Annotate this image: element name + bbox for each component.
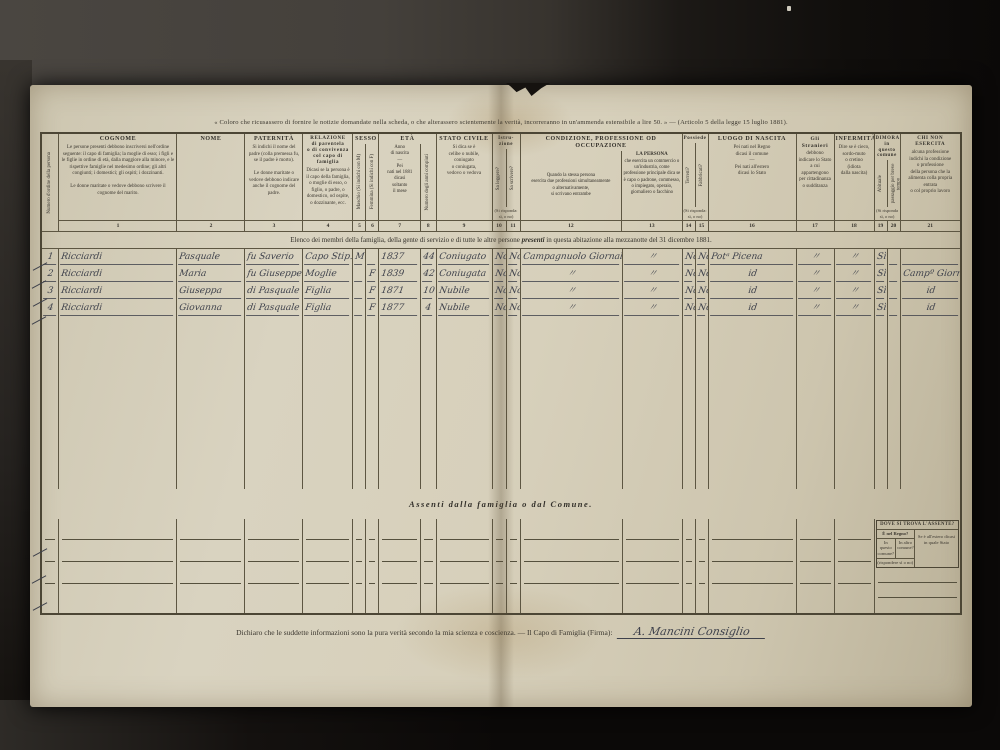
blank-cell xyxy=(303,317,353,489)
blank-cell xyxy=(59,317,177,489)
absent-box-questo-comune: In questo comune? xyxy=(877,539,896,558)
cell-stranieri: 〃 xyxy=(796,300,834,317)
cell-chinon: id xyxy=(900,283,961,300)
scanner-background-left xyxy=(0,60,32,710)
absents-ruled-cell xyxy=(695,519,708,614)
absents-ruled-cell xyxy=(379,519,421,614)
cell-occasionale xyxy=(887,300,900,317)
cell-infermita: 〃 xyxy=(834,266,874,283)
cell-abituale: Sì xyxy=(874,249,887,267)
cell-abituale: Sì xyxy=(874,300,887,317)
census-entry-row: 1RicciardiPasqualefu SaverioCapo Stip.M1… xyxy=(41,249,961,267)
cell-fabbricati: No xyxy=(695,249,708,267)
scanned-census-page: « Coloro che ricusassero di fornire le n… xyxy=(0,0,1000,750)
col-header-dimora: DIMORA in questo comune Abituale Occasio… xyxy=(874,133,900,232)
absents-ruled-cell xyxy=(245,519,303,614)
cell-prof: 〃 xyxy=(520,266,622,283)
blank-cell xyxy=(874,317,887,489)
cell-nome: Giuseppa xyxy=(177,283,245,300)
cell-occasionale xyxy=(887,266,900,283)
cell-prof: 〃 xyxy=(520,300,622,317)
col-header-eta: ETÀ Anno di nascita — Pei nati nel 1881 … xyxy=(379,133,436,232)
cell-terreni: No xyxy=(682,283,695,300)
cell-stato: Nubile xyxy=(436,300,492,317)
cell-f: F xyxy=(366,300,379,317)
cell-cognome: Ricciardi xyxy=(59,283,177,300)
cell-stranieri: 〃 xyxy=(796,249,834,267)
census-entry-row: 2RicciardiMariafu Giuseppe PugliaMoglieF… xyxy=(41,266,961,283)
numero-ordine-label: Numero d'ordine della persona xyxy=(47,152,53,214)
absent-location-box: DOVE SI TROVA L'ASSENTE? È nel Regno? In… xyxy=(876,520,960,568)
cell-prof2: 〃 xyxy=(622,300,682,317)
census-entry-row: 4RicciardiGiovannadi PasqualeFigliaF1877… xyxy=(41,300,961,317)
col-header-possiede: Possiede Terreni? Fabbricati? (Si rispon… xyxy=(682,133,708,232)
absents-ruled-cell xyxy=(177,519,245,614)
blank-cell xyxy=(41,317,59,489)
blank-cell xyxy=(682,317,695,489)
blank-cell xyxy=(379,317,421,489)
col-header-luogo-nascita: LUOGO DI NASCITA Pei nati nel Regno dica… xyxy=(708,133,796,232)
cell-nome: Giovanna xyxy=(177,300,245,317)
absents-ruled-cell xyxy=(303,519,353,614)
cell-relazione: Moglie xyxy=(303,266,353,283)
cell-f: F xyxy=(366,266,379,283)
blank-cell xyxy=(366,317,379,489)
col-header-infermita: INFERMITÀ Dire se è cieco, sordo-muto o … xyxy=(834,133,874,232)
blank-cell xyxy=(900,317,961,489)
elenco-title-post: in questa abitazione alla mezzanotte del… xyxy=(545,236,712,244)
cell-stato: Coniugata xyxy=(436,266,492,283)
cell-chinon: Campº Giorn. xyxy=(900,266,961,283)
blank-cell xyxy=(177,317,245,489)
cell-occasionale xyxy=(887,249,900,267)
col-header-condizione: CONDIZIONE, PROFESSIONE OD OCCUPAZIONE Q… xyxy=(520,133,682,232)
cell-num: 1 xyxy=(41,249,59,267)
cell-anno: 1839 xyxy=(379,266,421,283)
elenco-title-pre: Elenco dei membri della famiglia, della … xyxy=(290,236,521,244)
cell-infermita: 〃 xyxy=(834,249,874,267)
absent-box-regno: È nel Regno? xyxy=(877,530,914,539)
cell-nascita: id xyxy=(708,266,796,283)
cell-anno: 1837 xyxy=(379,249,421,267)
dust-speck xyxy=(787,6,791,11)
blank-cell xyxy=(622,317,682,489)
blank-cell xyxy=(887,317,900,489)
cell-paternita: di Pasquale xyxy=(245,300,303,317)
absent-box-estero: Se è all'estero dicasi in quale Stato xyxy=(915,530,958,567)
blank-cell xyxy=(436,317,492,489)
cell-stranieri: 〃 xyxy=(796,266,834,283)
absents-ruled-cell xyxy=(708,519,796,614)
cell-terreni: No xyxy=(682,300,695,317)
absent-box-title: DOVE SI TROVA L'ASSENTE? xyxy=(877,521,959,530)
cell-f: F xyxy=(366,283,379,300)
elenco-title-emph: presenti xyxy=(522,236,545,244)
absents-ruled-cell xyxy=(353,519,366,614)
cell-m xyxy=(353,266,366,283)
cell-abituale: Sì xyxy=(874,266,887,283)
cell-chinon: id xyxy=(900,300,961,317)
col-header-stranieri: Gli Stranieri debbono indicare lo Stato … xyxy=(796,133,834,232)
absents-ruled-cell xyxy=(421,519,436,614)
cell-anni: 10 xyxy=(421,283,436,300)
cell-fabbricati: No xyxy=(695,283,708,300)
cell-m xyxy=(353,283,366,300)
cell-m xyxy=(353,300,366,317)
cell-cognome: Ricciardi xyxy=(59,300,177,317)
absents-ruled-cell xyxy=(796,519,834,614)
cell-nome: Maria xyxy=(177,266,245,283)
head-of-family-signature: A. Mancini Consiglio xyxy=(617,625,767,639)
absents-ruled-cell xyxy=(41,519,59,614)
cell-fabbricati: No xyxy=(695,300,708,317)
scanner-background-top xyxy=(0,0,1000,96)
scanner-background-bottom xyxy=(0,700,1000,750)
census-sheet: « Coloro che ricusassero di fornire le n… xyxy=(30,85,972,707)
cell-anni: 44 xyxy=(421,249,436,267)
absents-ruled-cell xyxy=(682,519,695,614)
absents-ruled-cell xyxy=(436,519,492,614)
absents-ruled-cell xyxy=(834,519,874,614)
cell-paternita: di Pasquale xyxy=(245,283,303,300)
blank-cell xyxy=(520,317,622,489)
cell-terreni: No xyxy=(682,249,695,267)
absents-ruled-cell xyxy=(622,519,682,614)
blank-cell xyxy=(695,317,708,489)
cell-nascita: id xyxy=(708,300,796,317)
cell-nome: Pasquale xyxy=(177,249,245,267)
absents-ruled-cell xyxy=(520,519,622,614)
cell-chinon xyxy=(900,249,961,267)
col-header-stato-civile: STATO CIVILE Si dica se è celibe o nubil… xyxy=(436,133,492,232)
cell-stranieri: 〃 xyxy=(796,283,834,300)
cell-num: 3 xyxy=(41,283,59,300)
cell-prof: Campagnuolo Giornaliero xyxy=(520,249,622,267)
cell-cognome: Ricciardi xyxy=(59,249,177,267)
cell-num: 2 xyxy=(41,266,59,283)
cell-nascita: id xyxy=(708,283,796,300)
col-header-cognome: COGNOME Le persone presenti debbono insc… xyxy=(59,133,177,232)
absents-ruled-cell xyxy=(59,519,177,614)
cell-anno: 1871 xyxy=(379,283,421,300)
cell-fabbricati: No xyxy=(695,266,708,283)
cell-infermita: 〃 xyxy=(834,300,874,317)
cell-prof2: 〃 xyxy=(622,283,682,300)
cell-anni: 4 xyxy=(421,300,436,317)
absent-box-altro-comune: In altro comune? xyxy=(895,539,915,558)
cell-stato: Nubile xyxy=(436,283,492,300)
absent-location-cell: DOVE SI TROVA L'ASSENTE? È nel Regno? In… xyxy=(874,519,961,614)
cell-abituale: Sì xyxy=(874,283,887,300)
col-header-numero-ordine: Numero d'ordine della persona xyxy=(41,133,59,232)
blank-cell xyxy=(708,317,796,489)
census-entry-row: 3RicciardiGiuseppadi PasqualeFigliaF1871… xyxy=(41,283,961,300)
cell-anni: 42 xyxy=(421,266,436,283)
cell-relazione: Figlia xyxy=(303,283,353,300)
cell-stato: Coniugato xyxy=(436,249,492,267)
declaration-text: Dichiaro che le suddette informazioni so… xyxy=(236,628,612,637)
cell-f xyxy=(366,249,379,267)
col-header-relazione: RELAZIONE di parentela o di convivenza c… xyxy=(303,133,353,232)
cell-relazione: Capo Stip. xyxy=(303,249,353,267)
cell-paternita: fu Saverio xyxy=(245,249,303,267)
cell-paternita: fu Giuseppe Puglia xyxy=(245,266,303,283)
cell-nascita: Potᵃ Picena xyxy=(708,249,796,267)
cell-m: M xyxy=(353,249,366,267)
blank-cell xyxy=(796,317,834,489)
absent-box-note: (rispondere sì o no) xyxy=(877,558,914,567)
cell-num: 4 xyxy=(41,300,59,317)
cell-prof2: 〃 xyxy=(622,249,682,267)
blank-cell xyxy=(421,317,436,489)
cell-infermita: 〃 xyxy=(834,283,874,300)
col-header-nome: NOME 2 xyxy=(177,133,245,232)
absents-ruled-cell xyxy=(366,519,379,614)
cell-terreni: No xyxy=(682,266,695,283)
cell-anno: 1877 xyxy=(379,300,421,317)
col-header-paternita: PATERNITÀ Si indichi il nome del padre (… xyxy=(245,133,303,232)
cell-cognome: Ricciardi xyxy=(59,266,177,283)
cell-prof2: 〃 xyxy=(622,266,682,283)
col-header-sesso: SESSO Maschio (Si indichi con M) Femmina… xyxy=(353,133,379,232)
col-header-chi-non-esercita: CHI NON ESERCITA alcuna professione indi… xyxy=(900,133,961,232)
blank-cell xyxy=(353,317,366,489)
cell-prof: 〃 xyxy=(520,283,622,300)
blank-cell xyxy=(834,317,874,489)
cell-relazione: Figlia xyxy=(303,300,353,317)
cell-occasionale xyxy=(887,283,900,300)
blank-cell xyxy=(245,317,303,489)
